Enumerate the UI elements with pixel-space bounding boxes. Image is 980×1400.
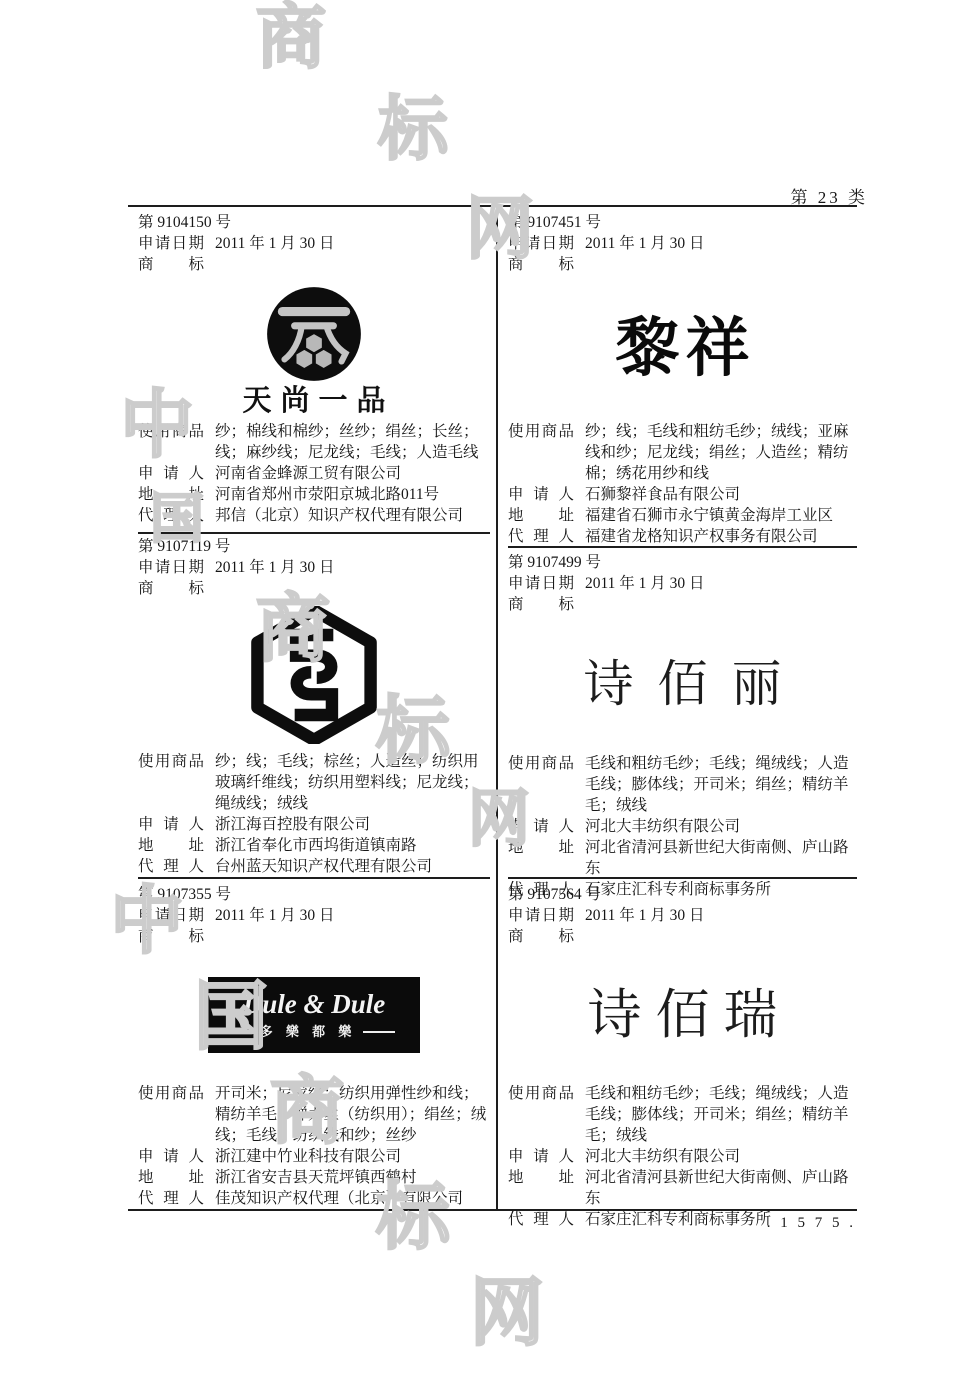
applicant-row: 申 请 人 石狮黎祥食品有限公司	[508, 484, 857, 505]
goods-label: 使用商品	[138, 751, 204, 772]
dash-icon	[233, 1031, 253, 1033]
applicant-value: 浙江海百控股有限公司	[215, 814, 490, 835]
goods-label: 使用商品	[508, 753, 574, 774]
trademark-entry: 第 9107499 号 申请日期 2011 年 1 月 30 日 商 标 诗佰丽…	[508, 552, 857, 879]
mark-subtext: 多 樂 都 樂	[260, 1021, 357, 1042]
goods-row: 使用商品 纱；线；毛线和粗纺毛纱；绒线；亚麻线和纱；尼龙线；绢丝；人造丝；精纺棉…	[508, 421, 857, 484]
address-row: 地 址 河北省清河县新世纪大街南侧、庐山路东	[508, 1167, 857, 1209]
goods-label: 使用商品	[508, 421, 574, 442]
goods-value: 毛线和粗纺毛纱；毛线；绳绒线；人造毛线；膨体线；开司米；绢丝；精纺羊毛；绒线	[585, 1083, 857, 1146]
registration-number: 第 9104150 号	[138, 212, 490, 233]
trademark-image: 诗佰瑞	[508, 947, 857, 1083]
agent-label: 代 理 人	[508, 526, 574, 547]
gazette-page: 商 标 网 中 国 商 标 网 中 国 商 标 网 第 23 类 . 1 5 7…	[0, 0, 980, 1400]
application-date-value: 2011 年 1 月 30 日	[215, 905, 490, 926]
goods-value: 纱；线；毛线；棕丝；人造丝；纺织用玻璃纤维线；纺织用塑料线；尼龙线；绳绒线；绒线	[215, 751, 490, 814]
address-row: 地 址 河南省郑州市荥阳京城北路011号	[138, 484, 490, 505]
goods-value: 开司米；尼龙线；纺织用弹性纱和线；精纺羊毛；弹力丝（纺织用）；绢丝；绒线；毛线；…	[215, 1083, 490, 1146]
applicant-label: 申 请 人	[138, 463, 204, 484]
trademark-label: 商 标	[138, 254, 204, 275]
trademark-label: 商 标	[508, 254, 574, 275]
application-date-value: 2011 年 1 月 30 日	[215, 233, 490, 254]
watermark-char: 商	[256, 2, 326, 72]
application-date-label: 申请日期	[138, 557, 204, 578]
trademark-image: 天尚一品	[138, 275, 490, 421]
address-value: 福建省石狮市永宁镇黄金海岸工业区	[585, 505, 857, 526]
agent-row: 代 理 人 台州蓝天知识产权代理有限公司	[138, 856, 490, 877]
applicant-row: 申 请 人 河北大丰纺织有限公司	[508, 816, 857, 837]
agent-row: 代 理 人 福建省龙格知识产权事务有限公司	[508, 526, 857, 547]
agent-value: 邦信（北京）知识产权代理有限公司	[215, 505, 490, 526]
agent-value: 佳茂知识产权代理（北京）有限公司	[215, 1188, 490, 1209]
application-date-label: 申请日期	[508, 233, 574, 254]
goods-value: 毛线和粗纺毛纱；毛线；绳绒线；人造毛线；膨体线；开司米；绢丝；精纺羊毛；绒线	[585, 753, 857, 816]
goods-row: 使用商品 开司米；尼龙线；纺织用弹性纱和线；精纺羊毛；弹力丝（纺织用）；绢丝；绒…	[138, 1083, 490, 1146]
address-label: 地 址	[138, 484, 204, 505]
trademark-entry: 第 9104150 号 申请日期 2011 年 1 月 30 日 商 标	[138, 212, 490, 534]
address-label: 地 址	[508, 837, 574, 858]
agent-label: 代 理 人	[138, 1188, 204, 1209]
goods-value: 纱；线；毛线和粗纺毛纱；绒线；亚麻线和纱；尼龙线；绢丝；人造丝；精纺棉；绣花用纱…	[585, 421, 857, 484]
trademark-image: 诗佰丽	[508, 615, 857, 753]
registration-number: 第 9107355 号	[138, 884, 490, 905]
column-divider	[496, 205, 498, 1211]
agent-label: 代 理 人	[138, 856, 204, 877]
address-row: 地 址 福建省石狮市永宁镇黄金海岸工业区	[508, 505, 857, 526]
applicant-label: 申 请 人	[138, 1146, 204, 1167]
application-date-value: 2011 年 1 月 30 日	[585, 573, 857, 594]
applicant-value: 河南省金蜂源工贸有限公司	[215, 463, 490, 484]
applicant-value: 石狮黎祥食品有限公司	[585, 484, 857, 505]
trademark-label: 商 标	[508, 926, 574, 947]
circle-emblem-icon	[261, 284, 367, 388]
goods-label: 使用商品	[138, 1083, 204, 1104]
application-date-label: 申请日期	[508, 573, 574, 594]
mark-text: 黎祥	[616, 338, 756, 359]
watermark-char: 网	[470, 1276, 544, 1350]
address-label: 地 址	[508, 505, 574, 526]
address-value: 浙江省奉化市西坞街道镇南路	[215, 835, 490, 856]
agent-row: 代 理 人 石家庄汇科专利商标事务所	[508, 1209, 857, 1230]
applicant-row: 申 请 人 浙江建中竹业科技有限公司	[138, 1146, 490, 1167]
applicant-row: 申 请 人 河北大丰纺织有限公司	[508, 1146, 857, 1167]
agent-row: 代 理 人 邦信（北京）知识产权代理有限公司	[138, 505, 490, 526]
address-row: 地 址 浙江省奉化市西坞街道镇南路	[138, 835, 490, 856]
registration-number: 第 9107119 号	[138, 536, 490, 557]
registration-number: 第 9107499 号	[508, 552, 857, 573]
address-label: 地 址	[138, 1167, 204, 1188]
address-value: 河北省清河县新世纪大街南侧、庐山路东	[585, 1167, 857, 1209]
trademark-label: 商 标	[508, 594, 574, 615]
address-row: 地 址 浙江省安吉县天荒坪镇西鹤村	[138, 1167, 490, 1188]
mark-label-row: 商 标	[508, 594, 857, 615]
applicant-value: 河北大丰纺织有限公司	[585, 1146, 857, 1167]
agent-row: 代 理 人 佳茂知识产权代理（北京）有限公司	[138, 1188, 490, 1209]
mark-text: 诗佰瑞	[588, 1005, 792, 1026]
application-date-label: 申请日期	[138, 905, 204, 926]
application-date-value: 2011 年 1 月 30 日	[585, 905, 857, 926]
application-date-row: 申请日期 2011 年 1 月 30 日	[508, 905, 857, 926]
trademark-entry: 第 9107564 号 申请日期 2011 年 1 月 30 日 商 标 诗佰瑞…	[508, 884, 857, 1209]
registration-number: 第 9107564 号	[508, 884, 857, 905]
applicant-row: 申 请 人 浙江海百控股有限公司	[138, 814, 490, 835]
agent-value: 石家庄汇科专利商标事务所	[585, 1209, 857, 1230]
circle-emblem-logo: 天尚一品	[242, 284, 385, 412]
agent-label: 代 理 人	[138, 505, 204, 526]
trademark-entry: 第 9107451 号 申请日期 2011 年 1 月 30 日 商 标 黎祥 …	[508, 212, 857, 548]
mark-label-row: 商 标	[508, 926, 857, 947]
trademark-image: Dule & Dule 多 樂 都 樂	[138, 947, 490, 1083]
application-date-row: 申请日期 2011 年 1 月 30 日	[138, 557, 490, 578]
mark-label-row: 商 标	[138, 254, 490, 275]
mark-text: 天尚一品	[242, 391, 394, 412]
trademark-label: 商 标	[138, 578, 204, 599]
mark-text: 诗佰丽	[584, 674, 806, 695]
application-date-row: 申请日期 2011 年 1 月 30 日	[508, 233, 857, 254]
mark-label-row: 商 标	[138, 926, 490, 947]
applicant-label: 申 请 人	[508, 1146, 574, 1167]
dule-plate-logo: Dule & Dule 多 樂 都 樂	[208, 977, 420, 1053]
application-date-value: 2011 年 1 月 30 日	[215, 557, 490, 578]
application-date-row: 申请日期 2011 年 1 月 30 日	[508, 573, 857, 594]
application-date-value: 2011 年 1 月 30 日	[585, 233, 857, 254]
goods-row: 使用商品 纱；棉线和棉纱；丝纱；绢丝；长丝；线；麻纱线；尼龙线；毛线；人造毛线	[138, 421, 490, 463]
application-date-label: 申请日期	[508, 905, 574, 926]
applicant-value: 浙江建中竹业科技有限公司	[215, 1146, 490, 1167]
goods-row: 使用商品 毛线和粗纺毛纱；毛线；绳绒线；人造毛线；膨体线；开司米；绢丝；精纺羊毛…	[508, 753, 857, 816]
trademark-entry: 第 9107119 号 申请日期 2011 年 1 月 30 日 商 标 使用商…	[138, 536, 490, 879]
trademark-entry: 第 9107355 号 申请日期 2011 年 1 月 30 日 商 标 Dul…	[138, 884, 490, 1209]
applicant-label: 申 请 人	[508, 816, 574, 837]
goods-value: 纱；棉线和棉纱；丝纱；绢丝；长丝；线；麻纱线；尼龙线；毛线；人造毛线	[215, 421, 490, 463]
applicant-value: 河北大丰纺织有限公司	[585, 816, 857, 837]
application-date-row: 申请日期 2011 年 1 月 30 日	[138, 905, 490, 926]
trademark-image: 黎祥	[508, 275, 857, 421]
watermark-char: 标	[378, 94, 448, 164]
address-label: 地 址	[508, 1167, 574, 1188]
dash-icon	[363, 1031, 395, 1033]
mark-label-row: 商 标	[508, 254, 857, 275]
registration-number: 第 9107451 号	[508, 212, 857, 233]
agent-value: 台州蓝天知识产权代理有限公司	[215, 856, 490, 877]
hexagon-monogram-icon	[245, 606, 383, 744]
applicant-row: 申 请 人 河南省金蜂源工贸有限公司	[138, 463, 490, 484]
address-value: 河南省郑州市荥阳京城北路011号	[215, 484, 490, 505]
goods-label: 使用商品	[138, 421, 204, 442]
trademark-label: 商 标	[138, 926, 204, 947]
class-header: 第 23 类	[640, 183, 868, 208]
goods-row: 使用商品 纱；线；毛线；棕丝；人造丝；纺织用玻璃纤维线；纺织用塑料线；尼龙线；绳…	[138, 751, 490, 814]
goods-label: 使用商品	[508, 1083, 574, 1104]
address-value: 河北省清河县新世纪大街南侧、庐山路东	[585, 837, 857, 879]
goods-row: 使用商品 毛线和粗纺毛纱；毛线；绳绒线；人造毛线；膨体线；开司米；绢丝；精纺羊毛…	[508, 1083, 857, 1146]
agent-label: 代 理 人	[508, 1209, 574, 1230]
address-value: 浙江省安吉县天荒坪镇西鹤村	[215, 1167, 490, 1188]
trademark-image	[138, 599, 490, 751]
applicant-label: 申 请 人	[508, 484, 574, 505]
mark-text: Dule & Dule	[243, 988, 386, 1020]
application-date-label: 申请日期	[138, 233, 204, 254]
application-date-row: 申请日期 2011 年 1 月 30 日	[138, 233, 490, 254]
agent-value: 福建省龙格知识产权事务有限公司	[585, 526, 857, 547]
address-label: 地 址	[138, 835, 204, 856]
mark-label-row: 商 标	[138, 578, 490, 599]
mark-subtext-row: 多 樂 都 樂	[233, 1021, 396, 1042]
applicant-label: 申 请 人	[138, 814, 204, 835]
address-row: 地 址 河北省清河县新世纪大街南侧、庐山路东	[508, 837, 857, 879]
